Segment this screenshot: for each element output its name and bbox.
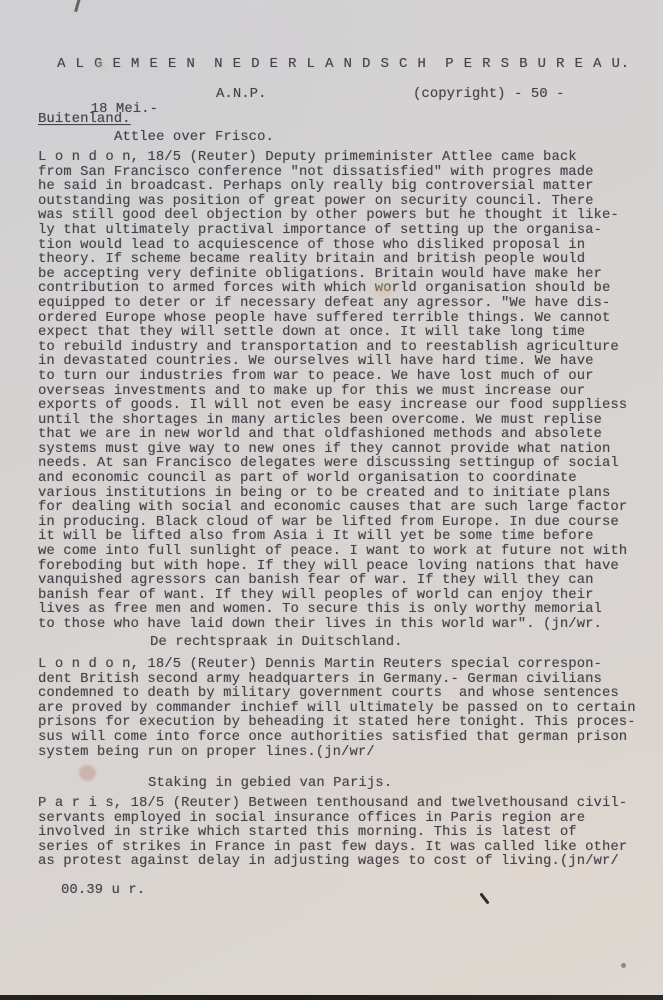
agency-abbreviation: A.N.P. xyxy=(216,88,267,103)
article-heading-rechtspraak-duitschland: De rechtspraak in Duitschland. xyxy=(150,636,403,651)
scan-scratch-mark xyxy=(74,0,81,12)
scan-edge-bottom xyxy=(0,995,663,1000)
article-body-attlee-frisco: L o n d o n, 18/5 (Reuter) Deputy primem… xyxy=(38,151,640,633)
copyright-issue-number: (copyright) - 50 - xyxy=(413,88,565,103)
paper-stain-yellow xyxy=(374,284,392,298)
ink-speck-dot xyxy=(621,963,626,968)
section-rubric-buitenland: Buitenland. xyxy=(38,113,131,128)
transmission-time: 00.39 u r. xyxy=(61,884,145,899)
article-body-rechtspraak-duitschland: L o n d o n, 18/5 (Reuter) Dennis Martin… xyxy=(38,658,640,760)
article-body-staking-parijs: P a r i s, 18/5 (Reuter) Between tenthou… xyxy=(38,797,640,870)
paper-stain-pink xyxy=(79,765,96,781)
scanned-press-bulletin-page: A L G E M E E N N E D E R L A N D S C H … xyxy=(0,0,663,1000)
article-heading-attlee-frisco: Attlee over Frisco. xyxy=(114,131,274,146)
issue-meta-row: 18 Mei.- A.N.P. (copyright) - 50 - xyxy=(57,88,657,103)
paper-stain-faint xyxy=(96,60,106,69)
ink-speck-slash xyxy=(479,892,489,904)
article-heading-staking-parijs: Staking in gebied van Parijs. xyxy=(148,777,392,792)
bureau-masthead-title: A L G E M E E N N E D E R L A N D S C H … xyxy=(57,57,630,72)
